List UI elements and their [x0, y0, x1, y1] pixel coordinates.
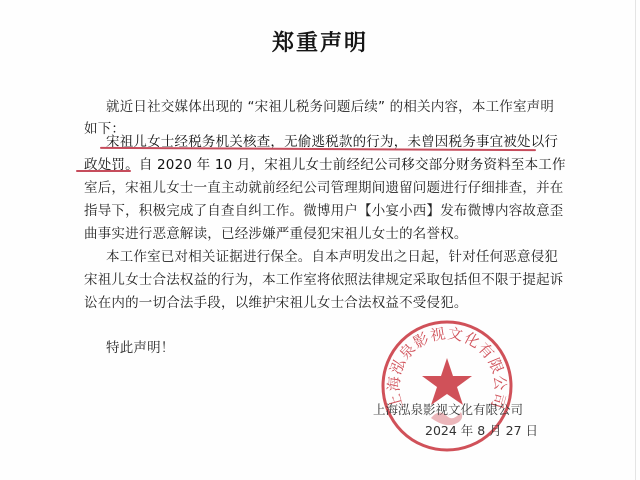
paragraph-2-line-5: 曲事实进行恶意解读，已经涉嫌严重侵犯宋祖儿女士的名誉权。 — [84, 222, 468, 242]
paragraph-2-line-2: 政处罚。自 2020 年 10 月，宋祖儿女士前经纪公司移交部分财务资料至本工作 — [84, 153, 566, 173]
paragraph-3-line-3: 讼在内的一切合法手段，以维护宋祖儿女士合法权益不受侵犯。 — [84, 291, 468, 311]
document-title: 郑重声明 — [0, 26, 640, 57]
page-edge-divider — [635, 0, 636, 480]
signature-date: 2024 年 8 月 27 日 — [425, 421, 538, 439]
paragraph-3-line-1: 本工作室已对相关证据进行保全。自本声明发出之日起，针对任何恶意侵犯 — [106, 245, 558, 265]
paragraph-1-line-1: 就近日社交媒体出现的 “宋祖儿税务问题后续” 的相关内容，本工作室声明 — [106, 95, 554, 115]
red-underline-2 — [76, 170, 131, 172]
paragraph-2-line-4: 指导下，积极完成了自查自纠工作。微博用户【小宴小西】发布微博内容故意歪 — [84, 199, 564, 219]
paragraph-2-line-3: 室后，宋祖儿女士一直主动就前经纪公司管理期间遗留问题进行仔细排查，并在 — [84, 176, 564, 196]
closing-statement: 特此声明！ — [106, 336, 175, 356]
signature-company: 上海泓泉影视文化有限公司 — [373, 400, 523, 418]
paragraph-2-line-2-rest: 自 2020 年 10 月，宋祖儿女士前经纪公司移交部分财务资料至本工作 — [139, 157, 566, 173]
paragraph-3-line-2: 宋祖儿女士合法权益的行为，本工作室将依照法律规定采取包括但不限于提起诉 — [84, 268, 564, 288]
statement-document: 郑重声明 就近日社交媒体出现的 “宋祖儿税务问题后续” 的相关内容，本工作室声明… — [0, 0, 640, 480]
star-icon — [422, 358, 472, 405]
